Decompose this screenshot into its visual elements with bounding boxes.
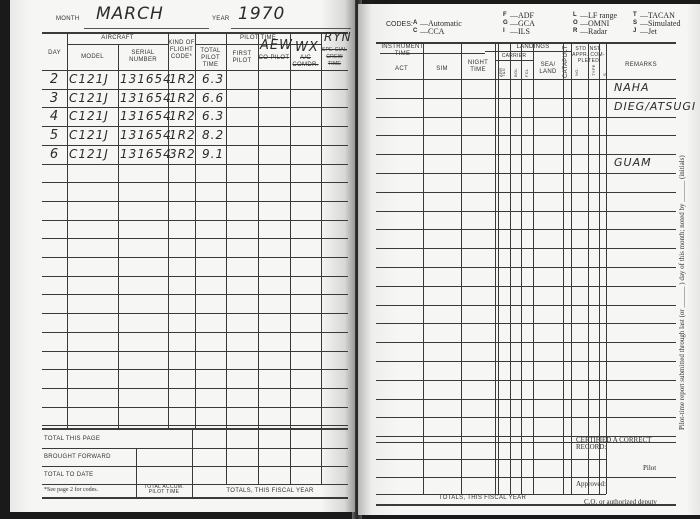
label-totals-fiscal-year: TOTALS, THIS FISCAL YEAR bbox=[380, 495, 585, 502]
cell-day: 4 bbox=[42, 109, 67, 124]
cell-model: C121J bbox=[69, 128, 109, 142]
header-total-pilot-time: TOTAL PILOT TIME bbox=[195, 48, 226, 69]
left-logbook-page: MONTH MARCH YEAR 1970 DAYAIRCRAFTMODELSE… bbox=[10, 0, 355, 512]
label-total-accum-pilot-time: TOTAL ACCUM. PILOT TIME bbox=[136, 485, 192, 495]
column-rule bbox=[495, 42, 496, 494]
label-totals-fiscal-year: TOTALS, THIS FISCAL YEAR bbox=[192, 488, 348, 495]
cell-total-pilot-time: 8.2 bbox=[202, 128, 224, 142]
label-total-to-date: TOTAL TO DATE bbox=[44, 472, 93, 479]
rule-line bbox=[376, 229, 676, 230]
rule-line bbox=[376, 173, 676, 174]
rule-line bbox=[42, 484, 348, 485]
header-fcl: FCL bbox=[523, 69, 530, 77]
header-day: DAY bbox=[42, 50, 67, 57]
header-landings: LANDINGS bbox=[495, 44, 571, 51]
column-rule bbox=[571, 42, 572, 494]
rule-line bbox=[42, 466, 348, 467]
cell-day: 6 bbox=[42, 147, 67, 162]
rule-line bbox=[376, 154, 676, 155]
label-certified-correct-record: CERTIFIED A CORRECT RECORD: bbox=[576, 437, 656, 451]
right-logbook-page: CODES: A—AutomaticC—CCAF—ADFG—GCAI—ILSL—… bbox=[358, 4, 700, 515]
column-rule bbox=[192, 428, 193, 497]
header-catapult: CATAPULT bbox=[563, 46, 570, 78]
header-bol: BOL bbox=[512, 68, 519, 77]
cell-flight-code: 3R2 bbox=[169, 147, 196, 161]
cell-total-pilot-time: 9.1 bbox=[202, 147, 224, 161]
rule-line bbox=[42, 448, 348, 449]
header-sea-land: SEA/ LAND bbox=[533, 62, 563, 76]
cell-total-pilot-time: 6.3 bbox=[202, 109, 224, 123]
rule-line bbox=[376, 117, 676, 118]
cell-remarks: GUAM bbox=[614, 156, 652, 169]
rule-line bbox=[376, 211, 676, 212]
header-remarks: REMARKS bbox=[606, 62, 676, 69]
cell-model: C121J bbox=[69, 72, 109, 86]
header-s: S bbox=[601, 73, 608, 76]
cell-model: C121J bbox=[69, 109, 109, 123]
instrument-landing-table: INSTRUMENT TIMEACTSIMNIGHT TIMELANDINGSC… bbox=[358, 4, 700, 515]
rule-line bbox=[376, 286, 676, 287]
column-rule bbox=[258, 428, 259, 484]
cell-serial-number: 131654 bbox=[120, 72, 172, 86]
header-std-inst-appr: STD INST. APPR. COM-PLETED bbox=[571, 46, 606, 64]
column-rule bbox=[510, 42, 511, 494]
header-co-pilot: CO-PILOT bbox=[258, 55, 290, 62]
label-co-deputy: C.O. or authorized deputy bbox=[584, 498, 657, 506]
header-sim: SIM bbox=[423, 66, 461, 73]
rule-line bbox=[376, 342, 676, 343]
header-act: ACT bbox=[380, 66, 423, 73]
label-brought-forward: BROUGHT FORWARD bbox=[44, 454, 111, 461]
rule-line bbox=[376, 98, 676, 99]
cell-total-pilot-time: 6.6 bbox=[202, 91, 224, 105]
header-instrument-time: INSTRUMENT TIME bbox=[380, 44, 425, 58]
rule-line bbox=[376, 248, 676, 249]
cell-model: C121J bbox=[69, 91, 109, 105]
rule-line bbox=[376, 417, 676, 418]
rule-line bbox=[376, 477, 676, 478]
cell-flight-code: 1R2 bbox=[169, 128, 196, 142]
cell-day: 3 bbox=[42, 91, 67, 106]
cell-total-pilot-time: 6.3 bbox=[202, 72, 224, 86]
header-night-time: NIGHT TIME bbox=[461, 60, 495, 74]
cell-serial-number: 131654 bbox=[120, 109, 172, 123]
column-rule bbox=[226, 428, 227, 484]
column-rule bbox=[321, 428, 322, 484]
header-serial-number: SERIAL NUMBER bbox=[118, 50, 168, 64]
cell-flight-code: 1R2 bbox=[169, 109, 196, 123]
table-row: 2C121J1316541R26.3 bbox=[42, 72, 348, 88]
rule-line bbox=[42, 497, 348, 499]
cell-flight-code: 1R2 bbox=[169, 72, 196, 86]
column-rule bbox=[606, 42, 607, 494]
rule-line bbox=[42, 428, 348, 430]
table-row: 3C121J1316541R26.6 bbox=[42, 91, 348, 107]
label-total-this-page: TOTAL THIS PAGE bbox=[44, 436, 100, 443]
handwritten-ryn: RYN bbox=[324, 30, 352, 44]
header-aircraft: AIRCRAFT bbox=[67, 35, 168, 42]
table-row: 4C121J1316541R26.3 bbox=[42, 109, 348, 125]
rule-line bbox=[376, 305, 676, 306]
header-no: NO. bbox=[573, 68, 580, 76]
rule-line bbox=[376, 323, 676, 324]
header-type: TYPE bbox=[590, 64, 597, 76]
rule-line bbox=[376, 135, 676, 136]
cell-serial-number: 131654 bbox=[120, 91, 172, 105]
column-rule bbox=[498, 42, 499, 494]
cell-model: C121J bbox=[69, 147, 109, 161]
cell-flight-code: 1R2 bbox=[169, 91, 196, 105]
column-rule bbox=[533, 42, 534, 494]
rule-line bbox=[376, 380, 676, 381]
header-kind-of-flight-code: KIND OF FLIGHT CODE* bbox=[168, 40, 195, 61]
cell-remarks: DIEG/ATSUGI bbox=[614, 100, 696, 113]
handwritten-wx: WX bbox=[295, 40, 319, 55]
rule-line bbox=[495, 60, 533, 61]
cell-day: 5 bbox=[42, 128, 67, 143]
column-rule bbox=[521, 42, 522, 494]
rule-line bbox=[376, 79, 676, 80]
header-first-pilot: FIRST PILOT bbox=[226, 51, 258, 65]
column-rule bbox=[599, 42, 600, 494]
rule-line bbox=[376, 399, 676, 400]
cell-day: 2 bbox=[42, 72, 67, 87]
column-rule bbox=[461, 42, 462, 494]
flight-log-table: DAYAIRCRAFTMODELSERIAL NUMBERKIND OF FLI… bbox=[10, 0, 355, 512]
header-carrier: CARRIER bbox=[495, 53, 533, 60]
pilot-time-report-note: Pilot-time report submitted through last… bbox=[678, 155, 686, 430]
header-tag: T&G bbox=[500, 68, 507, 77]
cell-remarks: NAHA bbox=[614, 81, 650, 94]
table-row: 6C121J1316543R29.1 bbox=[42, 147, 348, 163]
header-model: MODEL bbox=[67, 54, 118, 61]
handwritten-aew: AEW bbox=[260, 38, 293, 53]
note-see-page-2: *See page 2 for codes. bbox=[44, 487, 98, 493]
label-approved: Approved: bbox=[576, 480, 606, 488]
column-rule bbox=[588, 42, 589, 494]
column-rule bbox=[290, 428, 291, 484]
header-ac-comdr: A/C COMDR. bbox=[290, 55, 321, 69]
table-row: 5C121J1316541R28.2 bbox=[42, 128, 348, 144]
header-special-crew-time: SPE-CIAL CREW TIME bbox=[321, 47, 348, 68]
column-rule bbox=[423, 42, 424, 494]
cell-serial-number: 131654 bbox=[120, 147, 172, 161]
rule-line bbox=[376, 361, 676, 362]
label-pilot: Pilot bbox=[643, 464, 656, 472]
rule-line bbox=[376, 267, 676, 268]
rule-line bbox=[376, 192, 676, 193]
cell-serial-number: 131654 bbox=[120, 128, 172, 142]
column-rule bbox=[563, 42, 564, 494]
